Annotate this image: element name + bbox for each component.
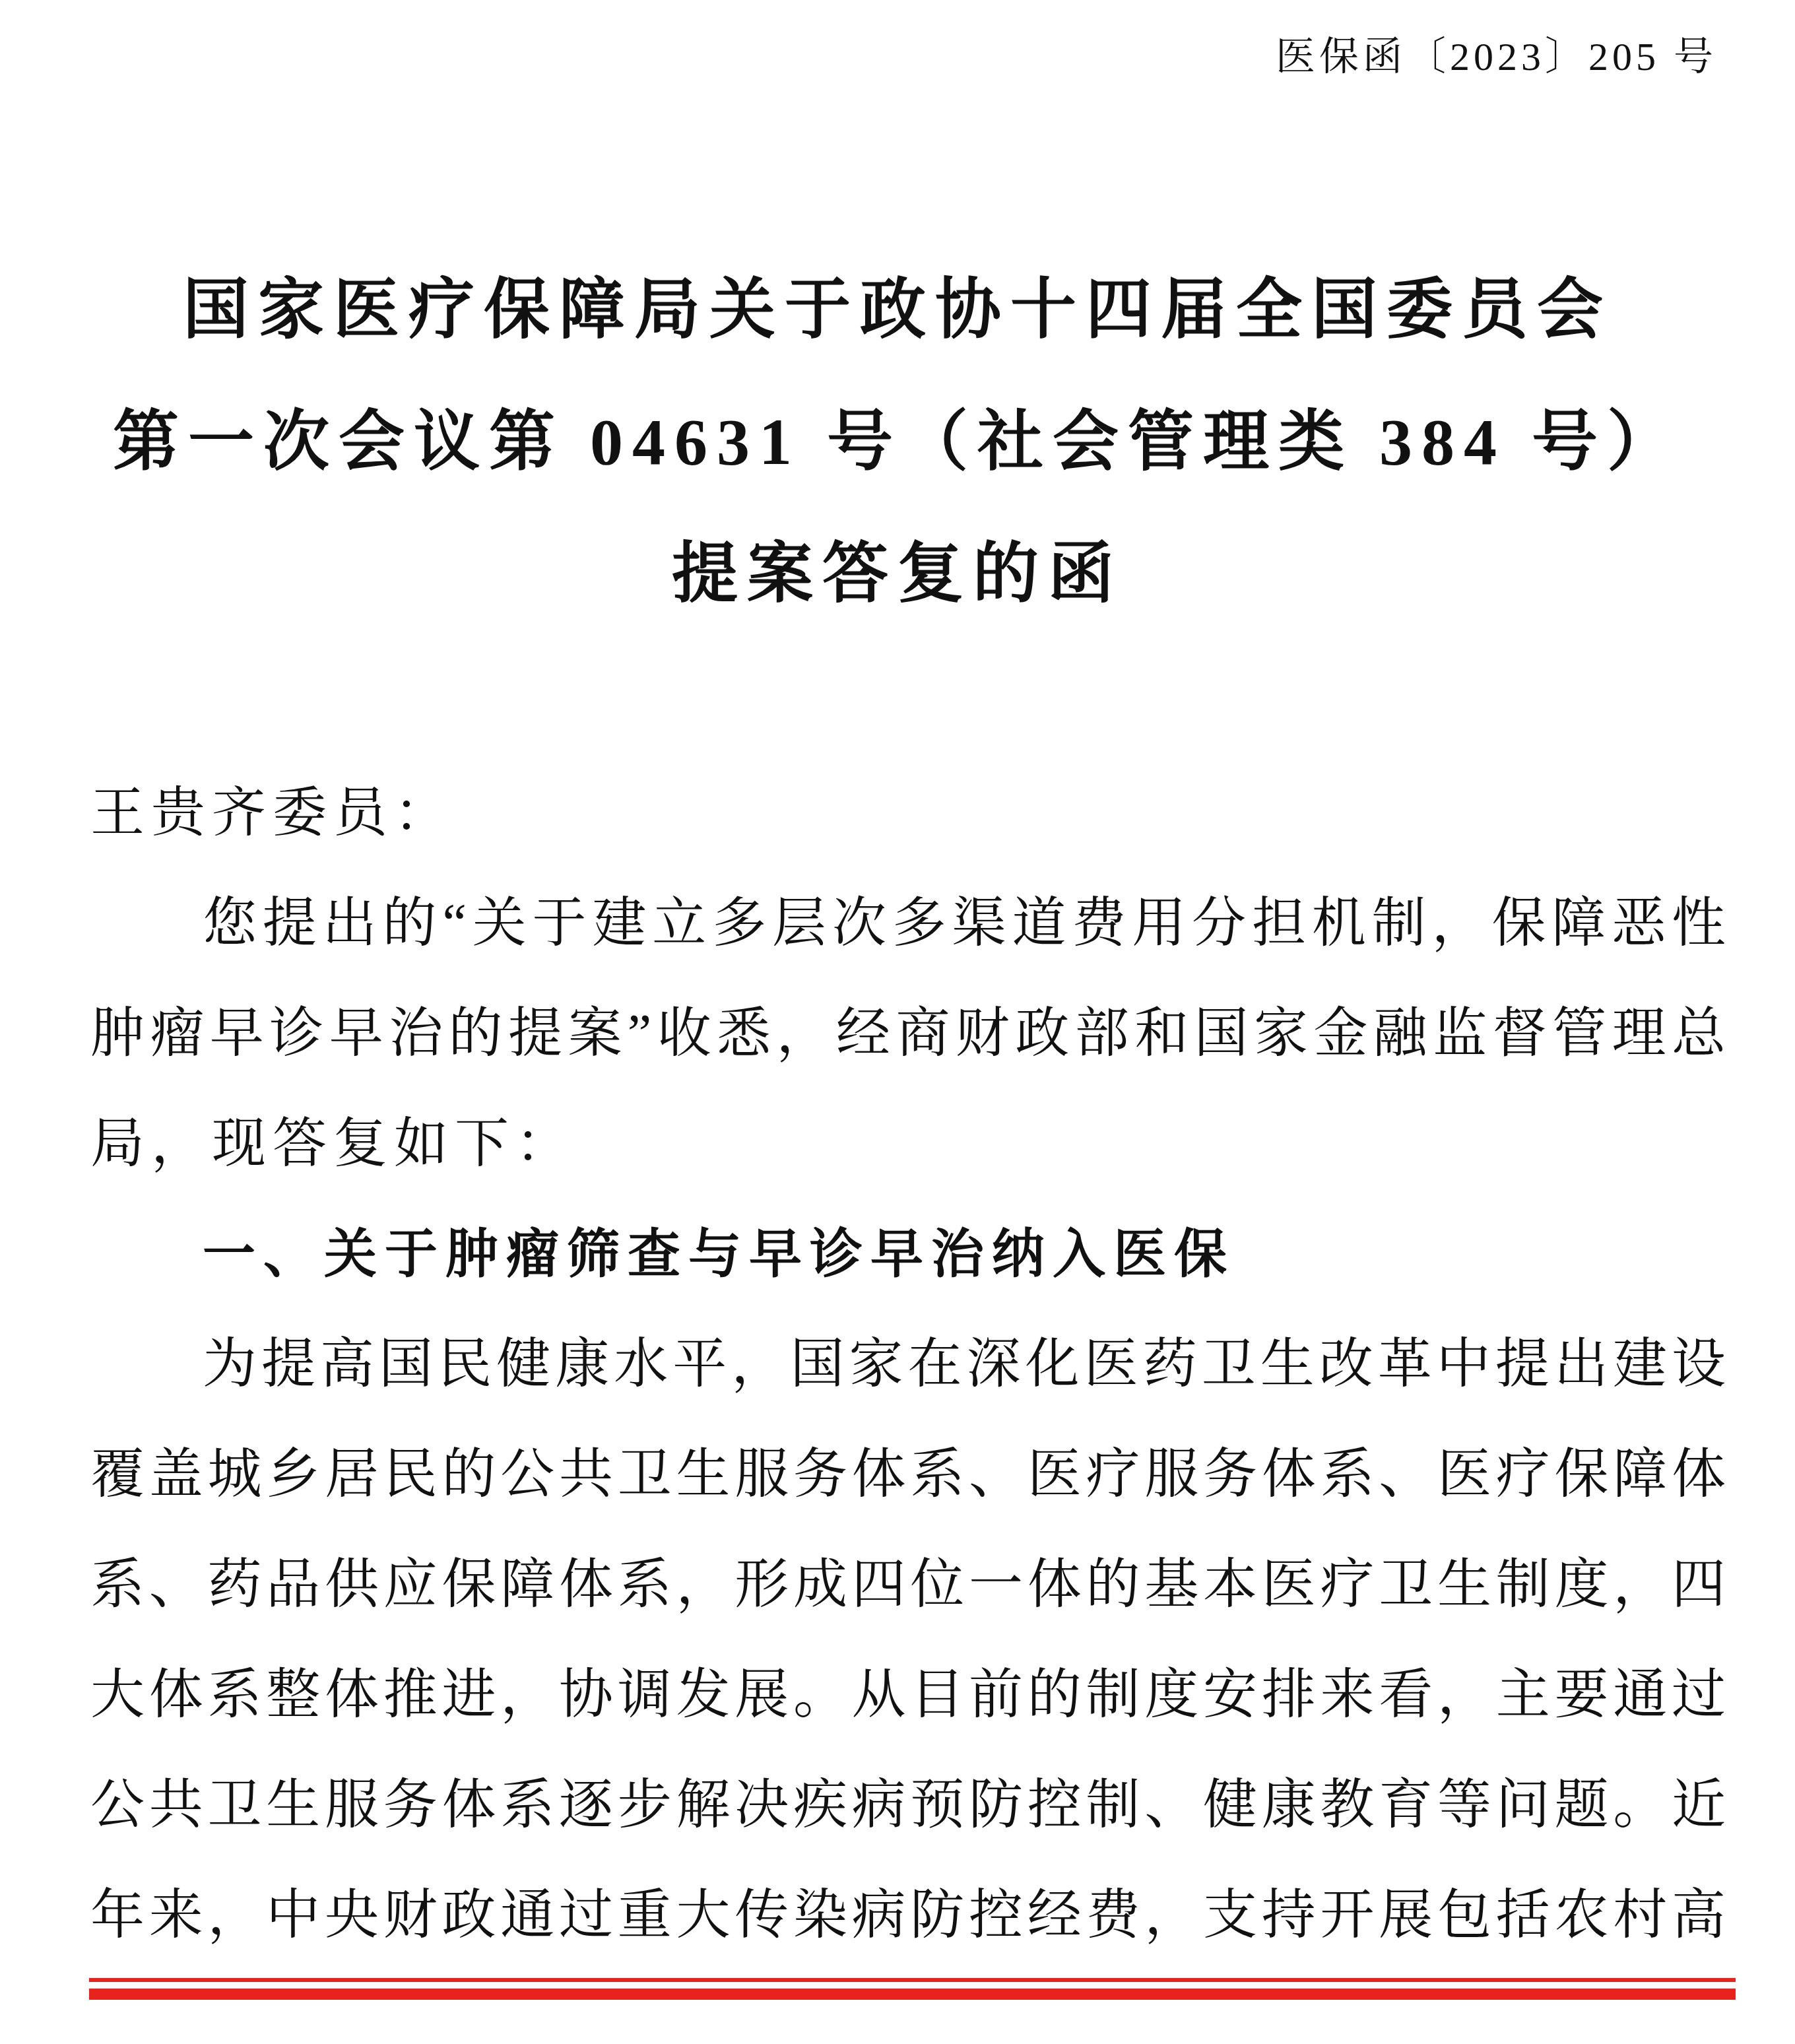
paragraph2-line1: 为提高国民健康水平，国家在深化医药卫生改革中提出建设 <box>90 1309 1726 1419</box>
document-title: 国家医疗保障局关于政协十四届全国委员会 第一次会议第 04631 号（社会管理类… <box>0 244 1795 640</box>
paragraph2-line5: 公共卫生服务体系逐步解决疾病预防控制、健康教育等问题。近 <box>90 1750 1726 1860</box>
document-body: 王贵齐委员： 您提出的“关于建立多层次多渠道费用分担机制，保障恶性 肿瘤早诊早治… <box>90 758 1726 1970</box>
paragraph2-line3: 系、药品供应保障体系，形成四位一体的基本医疗卫生制度，四 <box>90 1529 1726 1639</box>
paragraph2-line4: 大体系整体推进，协调发展。从目前的制度安排来看，主要通过 <box>90 1639 1726 1750</box>
title-line-1: 国家医疗保障局关于政协十四届全国委员会 <box>0 244 1795 376</box>
doc-number: 医保函〔2023〕205 号 <box>1276 25 1717 82</box>
salutation: 王贵齐委员： <box>90 758 1726 868</box>
paragraph1-line2: 肿瘤早诊早治的提案”收悉，经商财政部和国家金融监督管理总 <box>90 978 1726 1088</box>
red-separator-thick <box>89 1989 1736 2000</box>
paragraph1-line3: 局，现答复如下： <box>90 1088 1726 1199</box>
paragraph2-line2: 覆盖城乡居民的公共卫生服务体系、医疗服务体系、医疗保障体 <box>90 1419 1726 1529</box>
document-page: 医保函〔2023〕205 号 国家医疗保障局关于政协十四届全国委员会 第一次会议… <box>0 0 1795 2044</box>
paragraph1-line1: 您提出的“关于建立多层次多渠道费用分担机制，保障恶性 <box>90 868 1726 978</box>
red-separator-thin <box>89 1978 1736 1982</box>
section1-heading: 一、关于肿瘤筛查与早诊早治纳入医保 <box>90 1199 1726 1309</box>
title-line-2: 第一次会议第 04631 号（社会管理类 384 号） <box>0 376 1795 508</box>
title-line-3: 提案答复的函 <box>0 508 1795 640</box>
paragraph2-line6: 年来，中央财政通过重大传染病防控经费，支持开展包括农村高 <box>90 1860 1726 1970</box>
